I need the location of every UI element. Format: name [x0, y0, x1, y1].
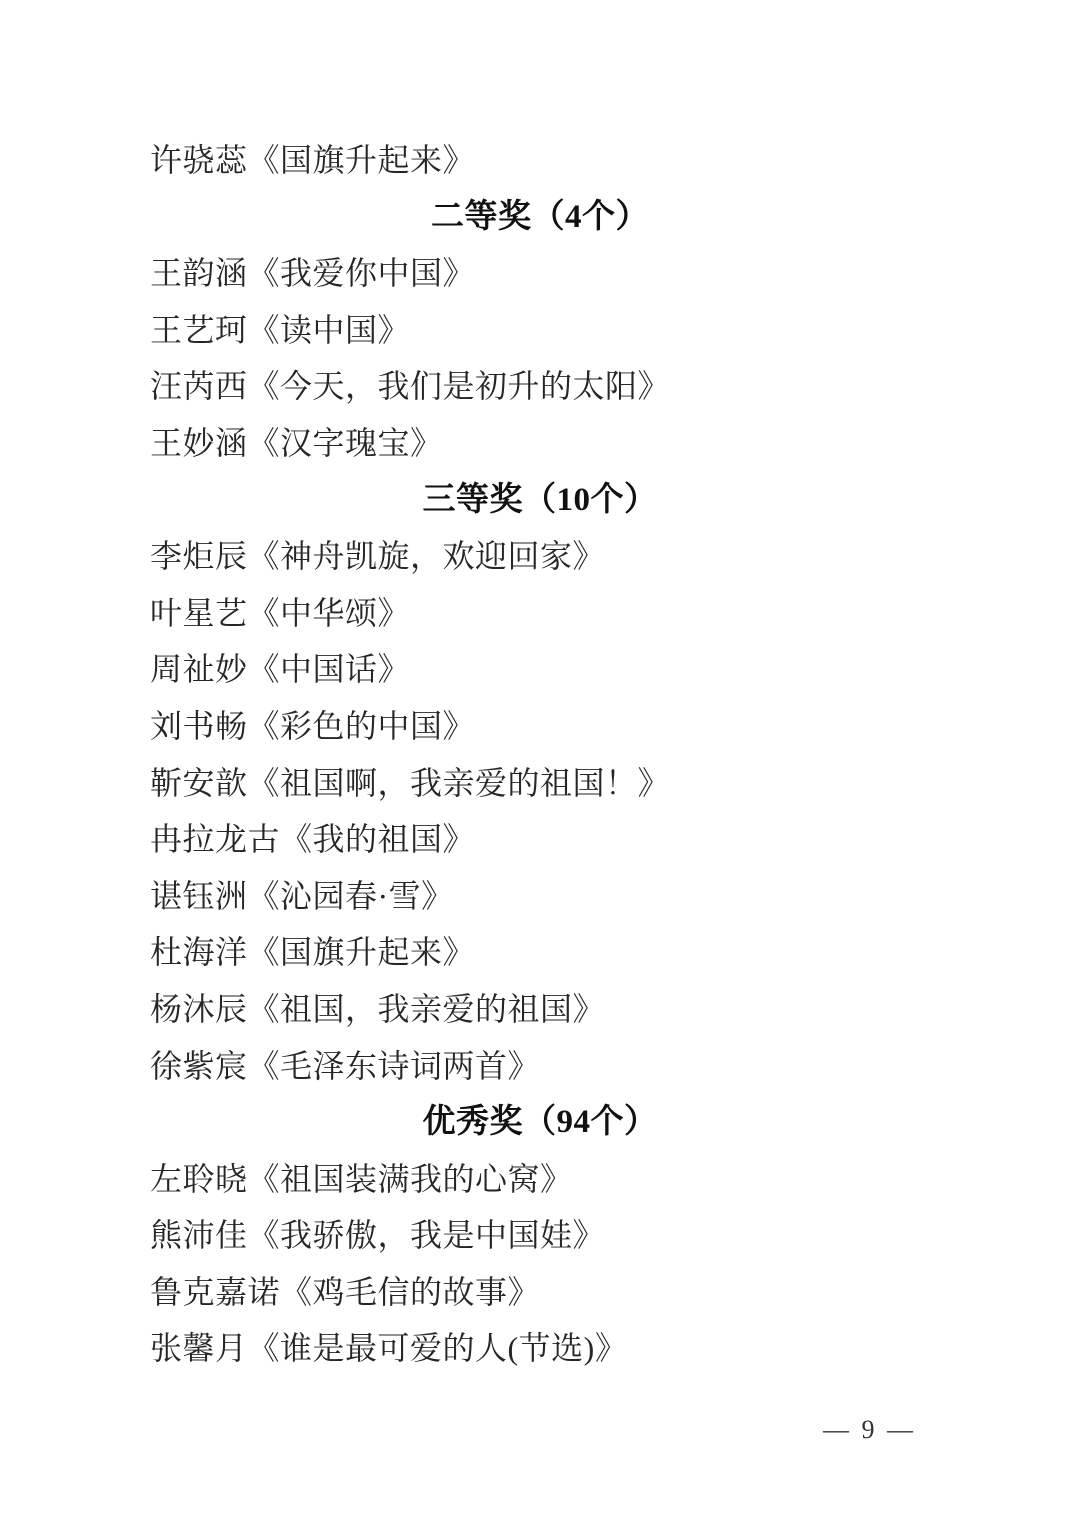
- page-number: — 9 —: [823, 1412, 916, 1448]
- award-entry: 刘书畅《彩色的中国》: [150, 698, 930, 755]
- section-header-second-prize: 二等奖（4个）: [150, 189, 930, 246]
- award-entry: 左聆晓《祖国装满我的心窝》: [150, 1151, 930, 1208]
- award-entry: 王妙涵《汉字瑰宝》: [150, 415, 930, 472]
- award-entry: 王韵涵《我爱你中国》: [150, 245, 930, 302]
- document-page: 许骁蕊《国旗升起来》 二等奖（4个） 王韵涵《我爱你中国》 王艺珂《读中国》 汪…: [0, 0, 1080, 1527]
- award-entry: 张馨月《谁是最可爱的人(节选)》: [150, 1320, 930, 1377]
- award-entry: 许骁蕊《国旗升起来》: [150, 132, 930, 189]
- award-entry: 徐紫宸《毛泽东诗词两首》: [150, 1038, 930, 1095]
- award-entry: 李炬辰《神舟凯旋，欢迎回家》: [150, 528, 930, 585]
- award-entry: 周祉妙《中国话》: [150, 641, 930, 698]
- section-header-third-prize: 三等奖（10个）: [150, 472, 930, 529]
- award-entry: 杜海洋《国旗升起来》: [150, 924, 930, 981]
- award-entry: 冉拉龙古《我的祖国》: [150, 811, 930, 868]
- award-entry: 叶星艺《中华颂》: [150, 585, 930, 642]
- award-entry: 谌钰洲《沁园春·雪》: [150, 868, 930, 925]
- award-entry: 鲁克嘉诺《鸡毛信的故事》: [150, 1264, 930, 1321]
- award-entry: 杨沐辰《祖国，我亲爱的祖国》: [150, 981, 930, 1038]
- award-entry: 汪芮西《今天，我们是初升的太阳》: [150, 358, 930, 415]
- award-list: 许骁蕊《国旗升起来》 二等奖（4个） 王韵涵《我爱你中国》 王艺珂《读中国》 汪…: [150, 132, 930, 1377]
- award-entry: 熊沛佳《我骄傲，我是中国娃》: [150, 1207, 930, 1264]
- section-header-excellence-prize: 优秀奖（94个）: [150, 1094, 930, 1151]
- award-entry: 王艺珂《读中国》: [150, 302, 930, 359]
- award-entry: 靳安歆《祖国啊，我亲爱的祖国！》: [150, 755, 930, 812]
